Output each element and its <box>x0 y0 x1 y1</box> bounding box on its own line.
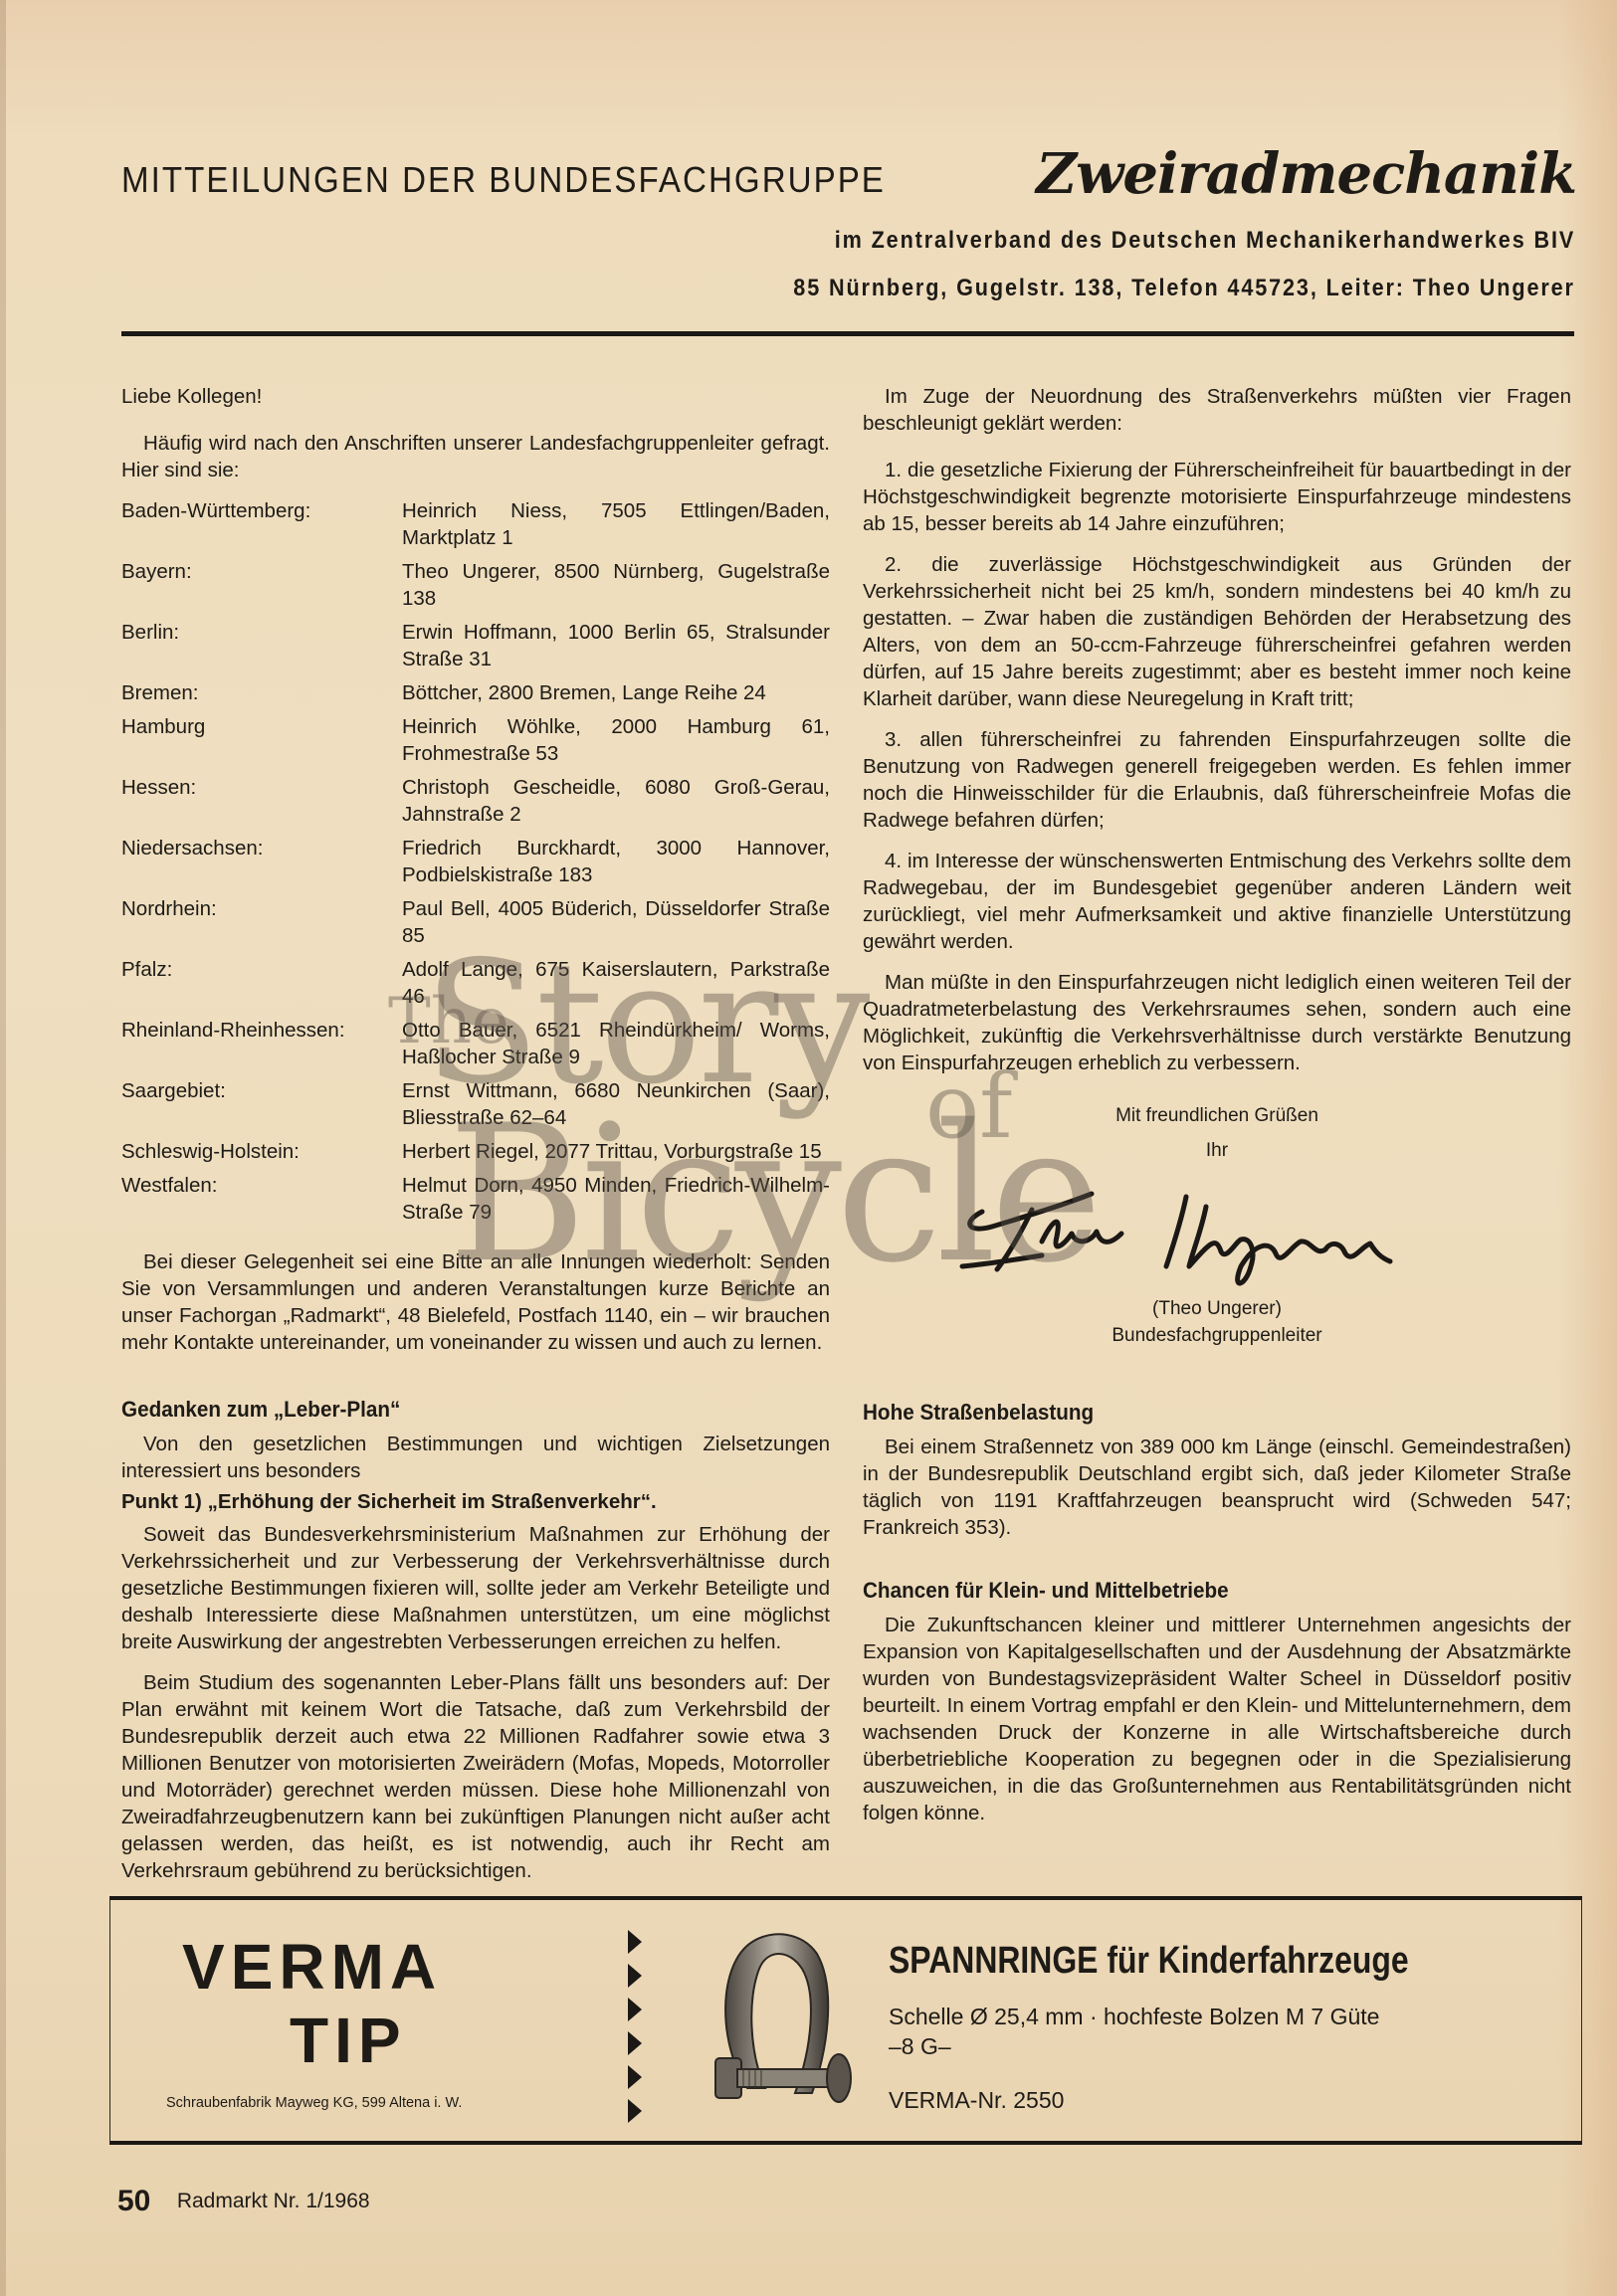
masthead-subtitle-association: im Zentralverband des Deutschen Mechanik… <box>835 227 1575 255</box>
ad-article-number: VERMA-Nr. 2550 <box>889 2087 1064 2114</box>
address-row: Berlin:Erwin Hoffmann, 1000 Berlin 65, S… <box>121 619 830 679</box>
ad-specification: Schelle Ø 25,4 mm · hochfeste Bolzen M 7… <box>889 2002 1379 2061</box>
journal-issue: Radmarkt Nr. 1/1968 <box>177 2190 370 2212</box>
address-row: Rheinland-Rheinhessen:Otto Bauer, 6521 R… <box>121 1017 830 1077</box>
address-state: Baden-Württemberg: <box>121 497 402 558</box>
point-2: 2. die zuverlässige Höchstgeschwindigkei… <box>863 551 1571 712</box>
address-state: Westfalen: <box>121 1172 402 1233</box>
arrow-divider-icon <box>628 1930 644 2129</box>
conclusion-paragraph: Man müßte in den Einspurfahrzeugen nicht… <box>863 969 1571 1076</box>
address-contact: Christoph Gescheidle, 6080 Groß-Gerau, J… <box>402 774 830 835</box>
intro-paragraph: Häufig wird nach den Anschriften unserer… <box>121 430 830 483</box>
right-intro: Im Zuge der Neuordnung des Straßenverkeh… <box>863 383 1571 437</box>
letter-closing: Mit freundlichen Grüßen Ihr (Theo Ungere… <box>863 1102 1571 1349</box>
address-state: Schleswig-Holstein: <box>121 1138 402 1172</box>
point-1: 1. die gesetzliche Fixierung der Führers… <box>863 457 1571 537</box>
address-row: Pfalz:Adolf Lange, 675 Kaiserslautern, P… <box>121 956 830 1017</box>
clamp-ring-with-bolt-icon <box>678 1924 877 2123</box>
address-row: Westfalen:Helmut Dorn, 4950 Minden, Frie… <box>121 1172 830 1233</box>
address-contact: Ernst Wittmann, 6680 Neunkirchen (Saar),… <box>402 1077 830 1138</box>
chancen-paragraph: Die Zukunftschancen kleiner und mittlere… <box>863 1612 1571 1826</box>
ad-headline: SPANNRINGE für Kinderfahrzeuge <box>889 1940 1409 1983</box>
address-state: Hamburg <box>121 713 402 774</box>
ad-spec-line-2: –8 G– <box>889 2031 1379 2061</box>
address-contact: Friedrich Burckhardt, 3000 Hannover, Pod… <box>402 835 830 895</box>
header-rule <box>121 331 1574 336</box>
point-4: 4. im Interesse der wünschenswerten Entm… <box>863 848 1571 955</box>
address-contact: Otto Bauer, 6521 Rheindürkheim/ Worms, H… <box>402 1017 830 1077</box>
ad-brand-tip: TIP <box>290 2004 407 2077</box>
address-contact: Helmut Dorn, 4950 Minden, Friedrich-Wilh… <box>402 1172 830 1233</box>
address-state: Berlin: <box>121 619 402 679</box>
address-contact: Böttcher, 2800 Bremen, Lange Reihe 24 <box>402 679 830 713</box>
ad-brand-verma: VERMA <box>182 1930 442 2004</box>
address-state: Hessen: <box>121 774 402 835</box>
address-state: Nordrhein: <box>121 895 402 956</box>
address-contact: Heinrich Niess, 7505 Ettlingen/Baden, Ma… <box>402 497 830 558</box>
signature <box>863 1172 1571 1291</box>
ad-spec-line-1: Schelle Ø 25,4 mm · hochfeste Bolzen M 7… <box>889 2002 1379 2031</box>
page-footer: 50 Radmarkt Nr. 1/1968 <box>117 2185 370 2218</box>
address-row: Schleswig-Holstein:Herbert Riegel, 2077 … <box>121 1138 830 1172</box>
closing-name: (Theo Ungerer) <box>863 1295 1571 1322</box>
address-state: Rheinland-Rheinhessen: <box>121 1017 402 1077</box>
signature-icon <box>922 1172 1480 1291</box>
strassenbelastung-paragraph: Bei einem Straßennetz von 389 000 km Län… <box>863 1434 1571 1541</box>
address-row: Niedersachsen:Friedrich Burckhardt, 3000… <box>121 835 830 895</box>
address-contact: Theo Ungerer, 8500 Nürnberg, Gugelstraße… <box>402 558 830 619</box>
right-column: Im Zuge der Neuordnung des Straßenverkeh… <box>863 383 1571 1840</box>
punkt-paragraph-1: Soweit das Bundesverkehrsministerium Maß… <box>121 1521 830 1655</box>
address-row: Saargebiet:Ernst Wittmann, 6680 Neunkirc… <box>121 1077 830 1138</box>
point-3: 3. allen führerscheinfrei zu fahrenden E… <box>863 726 1571 834</box>
address-row: Hessen:Christoph Gescheidle, 6080 Groß-G… <box>121 774 830 835</box>
page-number: 50 <box>117 2185 150 2217</box>
address-table: Baden-Württemberg:Heinrich Niess, 7505 E… <box>121 497 830 1233</box>
punkt-paragraph-2: Beim Studium des sogenannten Leber-Plans… <box>121 1669 830 1884</box>
left-column: Liebe Kollegen! Häufig wird nach den Ans… <box>121 383 830 1898</box>
masthead-subtitle-address: 85 Nürnberg, Gugelstr. 138, Telefon 4457… <box>793 275 1575 302</box>
punkt-heading: Punkt 1) „Erhöhung der Sicherheit im Str… <box>121 1488 830 1515</box>
verma-advertisement: VERMA TIP Schraubenfabrik Mayweg KG, 599… <box>109 1896 1582 2145</box>
address-row: Bayern:Theo Ungerer, 8500 Nürnberg, Guge… <box>121 558 830 619</box>
section-heading-leber-plan: Gedanken zum „Leber-Plan“ <box>121 1396 787 1423</box>
section-heading-chancen: Chancen für Klein- und Mittelbetriebe <box>863 1577 1528 1604</box>
address-state: Saargebiet: <box>121 1077 402 1138</box>
section-heading-strassenbelastung: Hohe Straßenbelastung <box>863 1399 1528 1426</box>
address-row: Baden-Württemberg:Heinrich Niess, 7505 E… <box>121 497 830 558</box>
address-state: Pfalz: <box>121 956 402 1017</box>
address-contact: Paul Bell, 4005 Büderich, Düsseldorfer S… <box>402 895 830 956</box>
masthead: MITTEILUNGEN DER BUNDESFACHGRUPPE Zweira… <box>121 147 1574 207</box>
address-contact: Heinrich Wöhlke, 2000 Hamburg 61, Frohme… <box>402 713 830 774</box>
greeting: Liebe Kollegen! <box>121 383 830 410</box>
section-intro: Von den gesetzlichen Bestimmungen und wi… <box>121 1431 830 1484</box>
masthead-title: MITTEILUNGEN DER BUNDESFACHGRUPPE <box>121 159 886 201</box>
closing-greeting: Mit freundlichen Grüßen <box>863 1102 1571 1129</box>
address-state: Bremen: <box>121 679 402 713</box>
masthead-brand: Zweiradmechanik <box>1036 141 1576 207</box>
closing-role: Bundesfachgruppenleiter <box>863 1322 1571 1349</box>
address-contact: Adolf Lange, 675 Kaiserslautern, Parkstr… <box>402 956 830 1017</box>
ad-company: Schraubenfabrik Mayweg KG, 599 Altena i.… <box>166 2095 462 2111</box>
address-state: Niedersachsen: <box>121 835 402 895</box>
request-paragraph: Bei dieser Gelegenheit sei eine Bitte an… <box>121 1248 830 1356</box>
address-row: HamburgHeinrich Wöhlke, 2000 Hamburg 61,… <box>121 713 830 774</box>
address-row: Nordrhein:Paul Bell, 4005 Büderich, Düss… <box>121 895 830 956</box>
address-contact: Herbert Riegel, 2077 Trittau, Vorburgstr… <box>402 1138 830 1172</box>
closing-ihr: Ihr <box>863 1137 1571 1164</box>
address-contact: Erwin Hoffmann, 1000 Berlin 65, Stralsun… <box>402 619 830 679</box>
address-row: Bremen:Böttcher, 2800 Bremen, Lange Reih… <box>121 679 830 713</box>
page-edge <box>0 0 6 2296</box>
address-state: Bayern: <box>121 558 402 619</box>
